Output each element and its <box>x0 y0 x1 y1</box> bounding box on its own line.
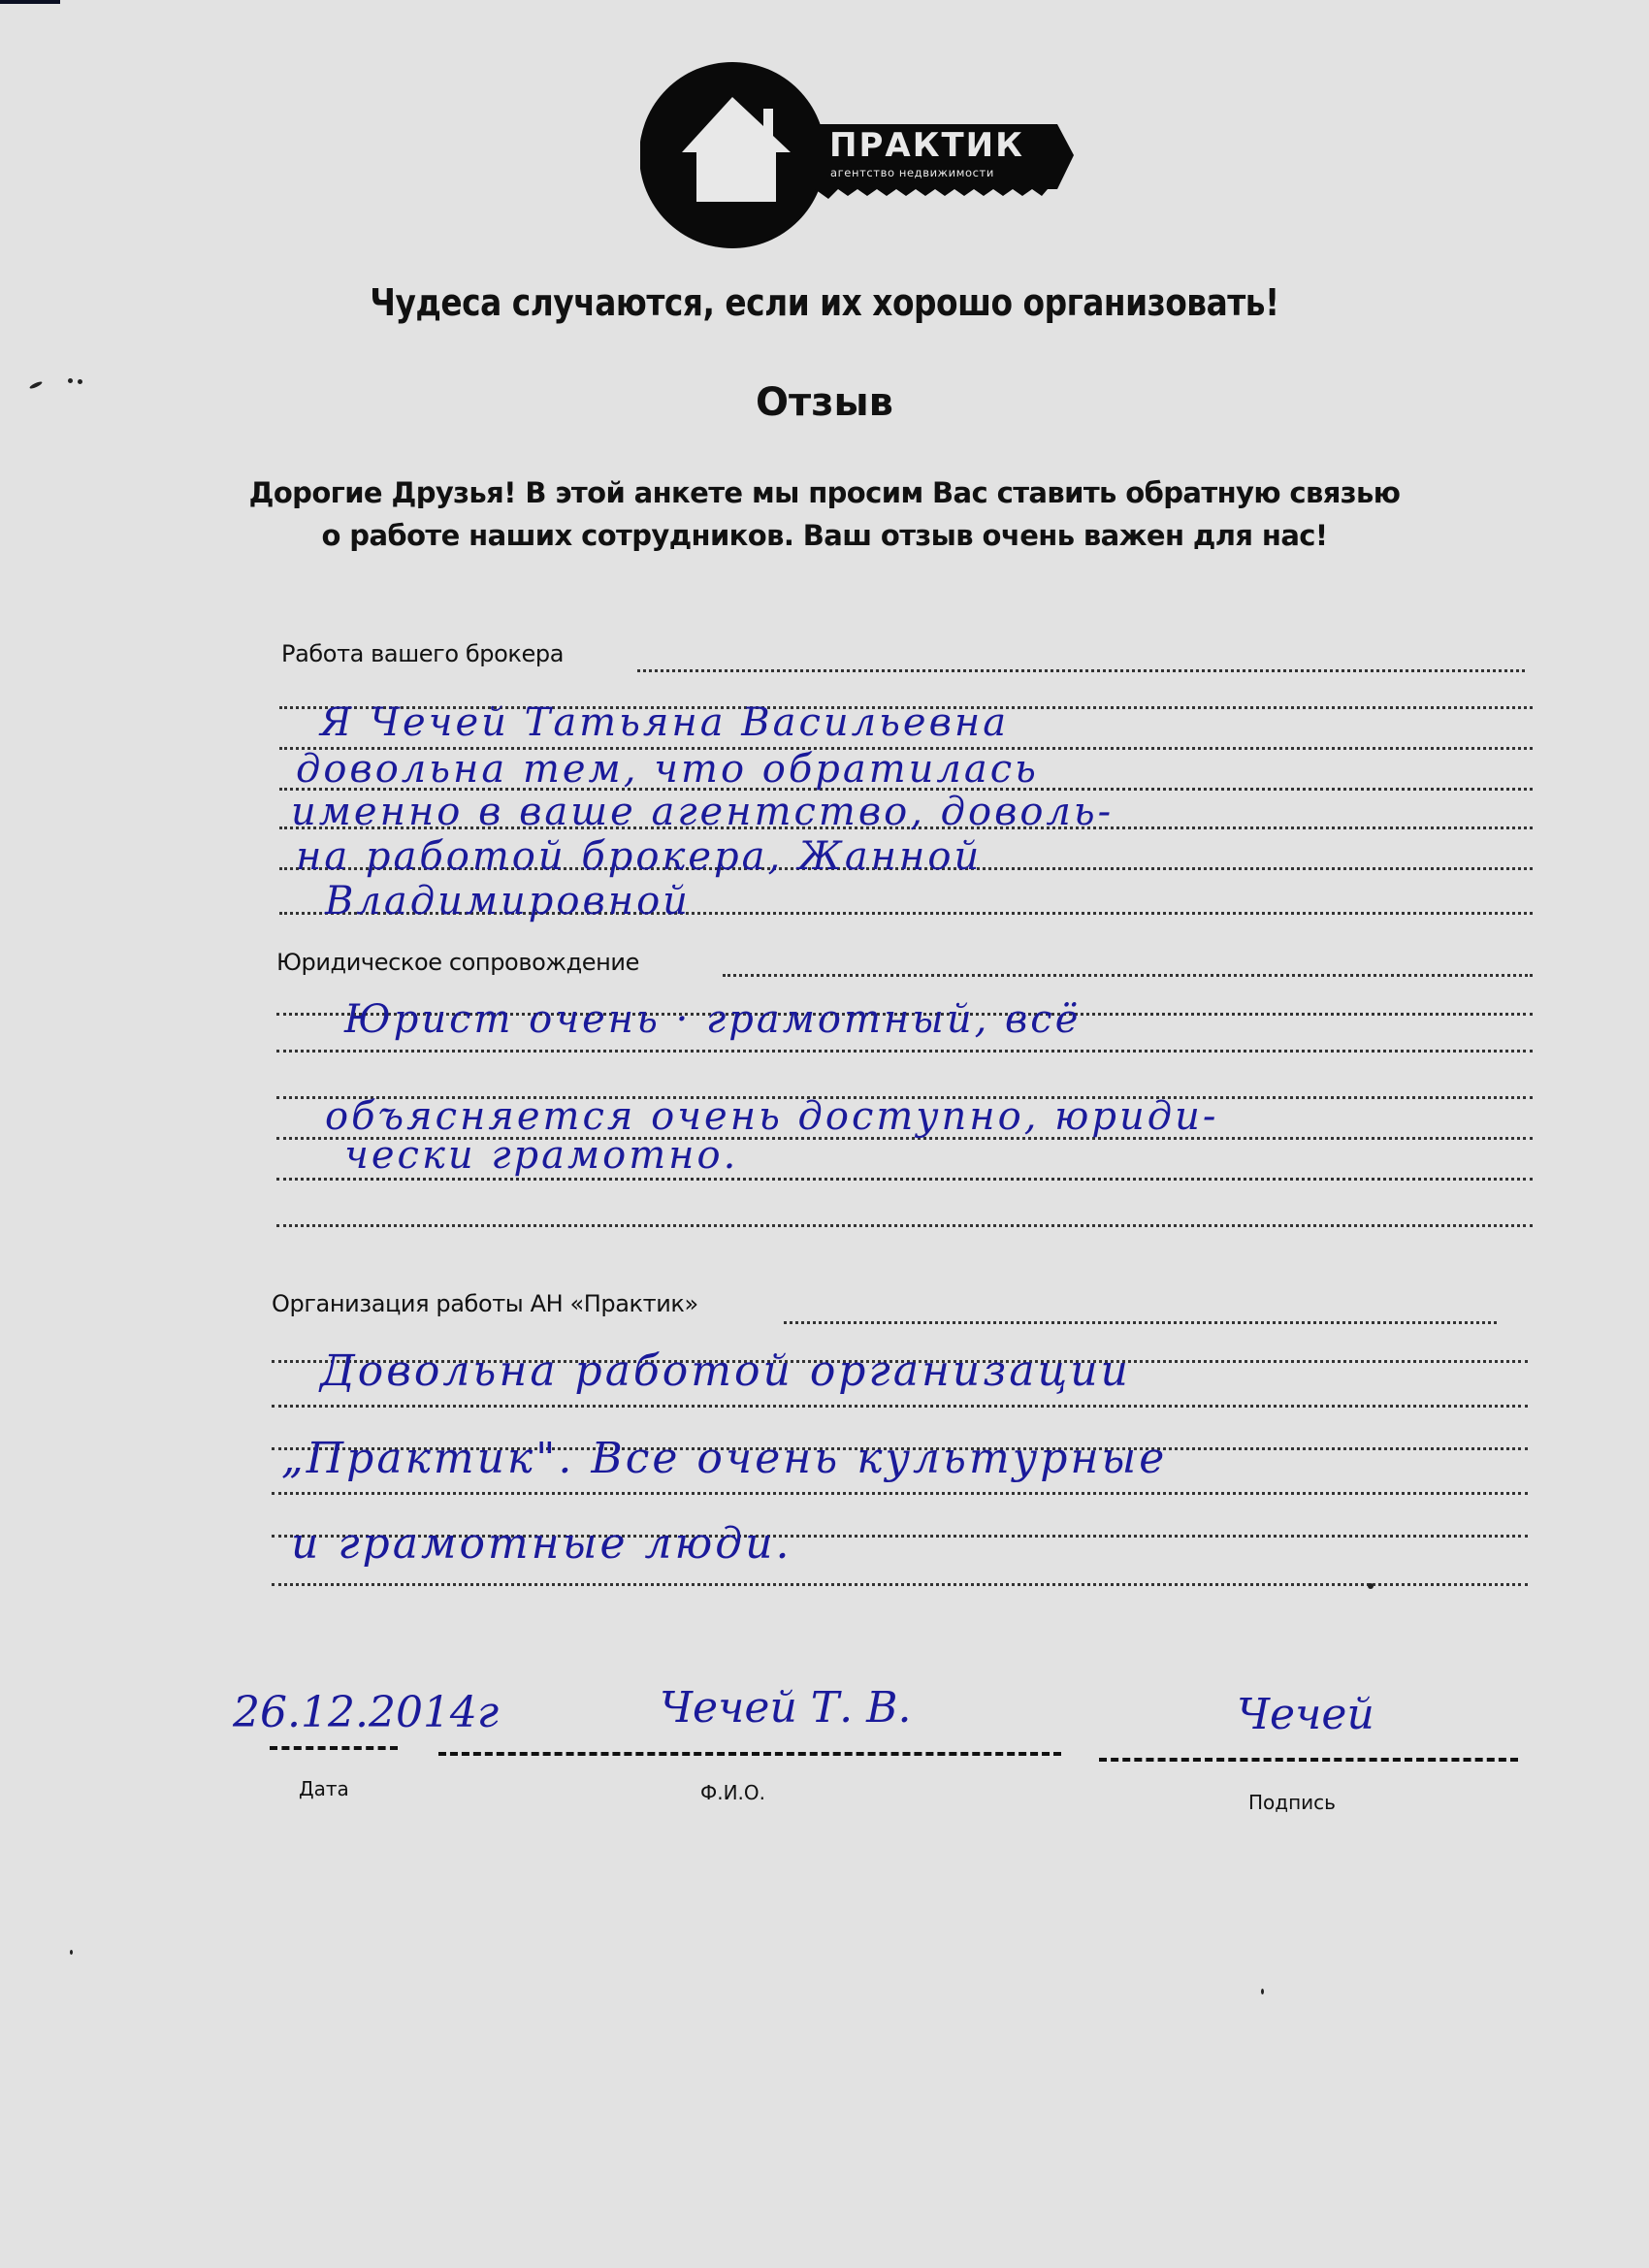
dotted-line <box>276 1224 1533 1227</box>
handwritten-answer-line: чески грамотно. <box>344 1133 738 1178</box>
scan-speck <box>78 379 82 384</box>
dotted-line <box>272 1492 1528 1495</box>
dotted-line <box>784 1321 1497 1324</box>
handwritten-answer-line: на работой брокера, Жанной <box>296 834 982 879</box>
section-label-legal: Юридическое сопровождение <box>276 949 639 976</box>
company-logo: ПРАКТИК агентство недвижимости <box>640 58 1086 252</box>
name-handwritten: Чечей Т. В. <box>660 1683 911 1733</box>
handwritten-answer-line: Юрист очень · грамотный, всё <box>344 997 1081 1042</box>
intro-line-2: о работе наших сотрудников. Ваш отзыв оч… <box>0 514 1649 557</box>
intro-text: Дорогие Друзья! В этой анкете мы просим … <box>0 471 1649 557</box>
intro-line-1: Дорогие Друзья! В этой анкете мы просим … <box>0 471 1649 514</box>
page-title: Отзыв <box>0 380 1649 425</box>
date-line <box>270 1746 398 1750</box>
scan-corner-mark <box>0 0 60 4</box>
logo-tagline: агентство недвижимости <box>830 166 994 179</box>
logo-brand-name: ПРАКТИК <box>829 126 1024 165</box>
handwritten-answer-line: и грамотные люди. <box>291 1519 792 1569</box>
handwritten-answer-line: довольна тем, что обратилась <box>296 747 1039 792</box>
handwritten-answer-line: Я Чечей Татьяна Васильевна <box>320 700 1009 745</box>
handwritten-answer-line: „Практик". Все очень культурные <box>281 1434 1167 1483</box>
handwritten-answer-line: Владимировной <box>325 879 691 923</box>
dotted-line <box>723 974 1533 977</box>
scan-speck <box>68 378 73 383</box>
scan-speck <box>1261 1989 1264 1994</box>
signature-handwritten: Чечей <box>1237 1690 1374 1739</box>
date-label: Дата <box>299 1777 349 1800</box>
name-label: Ф.И.О. <box>700 1781 765 1804</box>
handwritten-answer-line: именно в ваше агентство, доволь- <box>291 790 1114 834</box>
signature-line <box>1099 1758 1518 1762</box>
slogan: Чудеса случаются, если их хорошо организ… <box>33 281 1616 324</box>
signature-label: Подпись <box>1248 1791 1336 1814</box>
dotted-line <box>272 1583 1528 1586</box>
dotted-line <box>276 1178 1533 1181</box>
dotted-line <box>272 1405 1528 1408</box>
section-label-broker: Работа вашего брокера <box>281 640 564 667</box>
name-line <box>438 1752 1061 1756</box>
handwritten-answer-line: Довольна работой организации <box>320 1346 1131 1396</box>
date-handwritten: 26.12.2014г <box>233 1688 499 1737</box>
dotted-line <box>276 1050 1533 1053</box>
dotted-line <box>637 669 1525 672</box>
section-label-organization: Организация работы АН «Практик» <box>272 1290 698 1317</box>
scan-speck <box>70 1950 73 1955</box>
scan-speck <box>1368 1583 1374 1589</box>
